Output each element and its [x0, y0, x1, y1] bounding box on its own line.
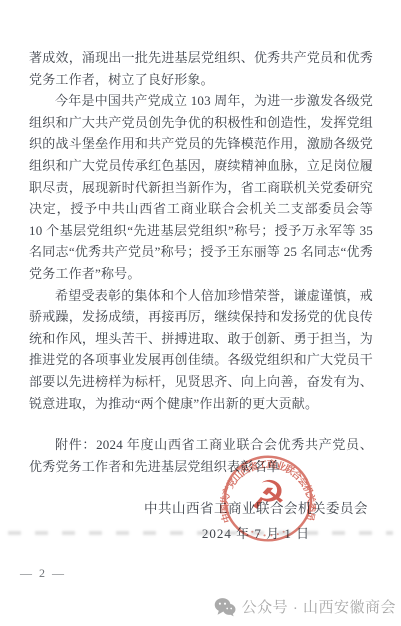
paragraph-commendation-decision: 今年是中国共产党成立 103 周年，为进一步激发各级党组织和广大共产党员创先争优…	[29, 90, 373, 284]
document-body: 著成效，涌现出一批先进基层党组织、优秀共产党员和优秀党务工作者，树立了良好形象。…	[29, 47, 373, 477]
page-number: — 2 —	[20, 566, 66, 581]
scan-artifact-line	[8, 531, 393, 535]
scanned-document-page: 著成效，涌现出一批先进基层党组织、优秀共产党员和优秀党务工作者，树立了良好形象。…	[0, 0, 401, 626]
watermark-footer: 公众号 · 山西安徽商会	[214, 596, 396, 617]
footer-account-label: 公众号 · 山西安徽商会	[242, 596, 396, 617]
wechat-icon	[214, 597, 236, 617]
hammer-sickle-icon: ☭	[250, 472, 287, 519]
paragraph-exhortation: 希望受表彰的集体和个人倍加珍惜荣誉，谦虚谨慎，戒骄戒躁，发扬成绩，再接再厉，继续…	[29, 285, 373, 415]
paragraph-continuation: 著成效，涌现出一批先进基层党组织、优秀共产党员和优秀党务工作者，树立了良好形象。	[29, 47, 373, 90]
attachment-note: 附件：2024 年度山西省工商业联合会优秀共产党员、优秀党务工作者和先进基层党组…	[29, 434, 373, 477]
